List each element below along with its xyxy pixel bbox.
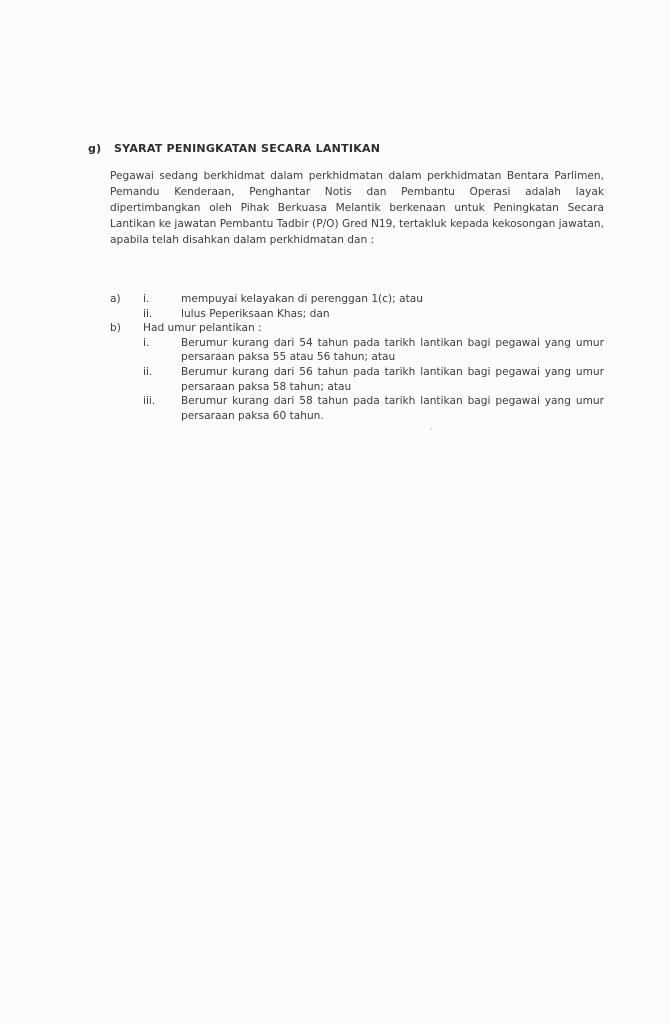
list-item: iii. Berumur kurang dari 58 tahun pada t… xyxy=(110,394,604,423)
list-letter: a) xyxy=(110,292,143,307)
list-item: a) i. mempuyai kelayakan di perenggan 1(… xyxy=(110,292,604,307)
list-item: i. Berumur kurang dari 54 tahun pada tar… xyxy=(110,336,604,365)
list-item: ii. Berumur kurang dari 56 tahun pada ta… xyxy=(110,365,604,394)
conditions-list: a) i. mempuyai kelayakan di perenggan 1(… xyxy=(110,292,604,423)
list-roman: i. xyxy=(143,292,181,307)
list-roman: iii. xyxy=(143,394,181,409)
list-text: Berumur kurang dari 58 tahun pada tarikh… xyxy=(181,394,604,423)
list-item: ii. lulus Peperiksaan Khas; dan xyxy=(110,307,604,322)
list-text: mempuyai kelayakan di perenggan 1(c); at… xyxy=(181,292,604,307)
section-heading: g)SYARAT PENINGKATAN SECARA LANTIKAN xyxy=(88,142,380,155)
list-item: b) Had umur pelantikan : xyxy=(110,321,604,336)
list-letter: b) xyxy=(110,321,143,336)
intro-paragraph: Pegawai sedang berkhidmat dalam perkhidm… xyxy=(110,168,604,248)
list-roman: ii. xyxy=(143,365,181,380)
scan-speck xyxy=(430,428,432,430)
list-roman: i. xyxy=(143,336,181,351)
list-text: Berumur kurang dari 54 tahun pada tarikh… xyxy=(181,336,604,365)
section-title: SYARAT PENINGKATAN SECARA LANTIKAN xyxy=(114,142,380,155)
list-text: lulus Peperiksaan Khas; dan xyxy=(181,307,604,322)
list-lead: Had umur pelantikan : xyxy=(143,321,604,336)
list-roman: ii. xyxy=(143,307,181,322)
document-page: g)SYARAT PENINGKATAN SECARA LANTIKAN Peg… xyxy=(0,0,670,1024)
section-marker: g) xyxy=(88,142,114,155)
list-text: Berumur kurang dari 56 tahun pada tarikh… xyxy=(181,365,604,394)
